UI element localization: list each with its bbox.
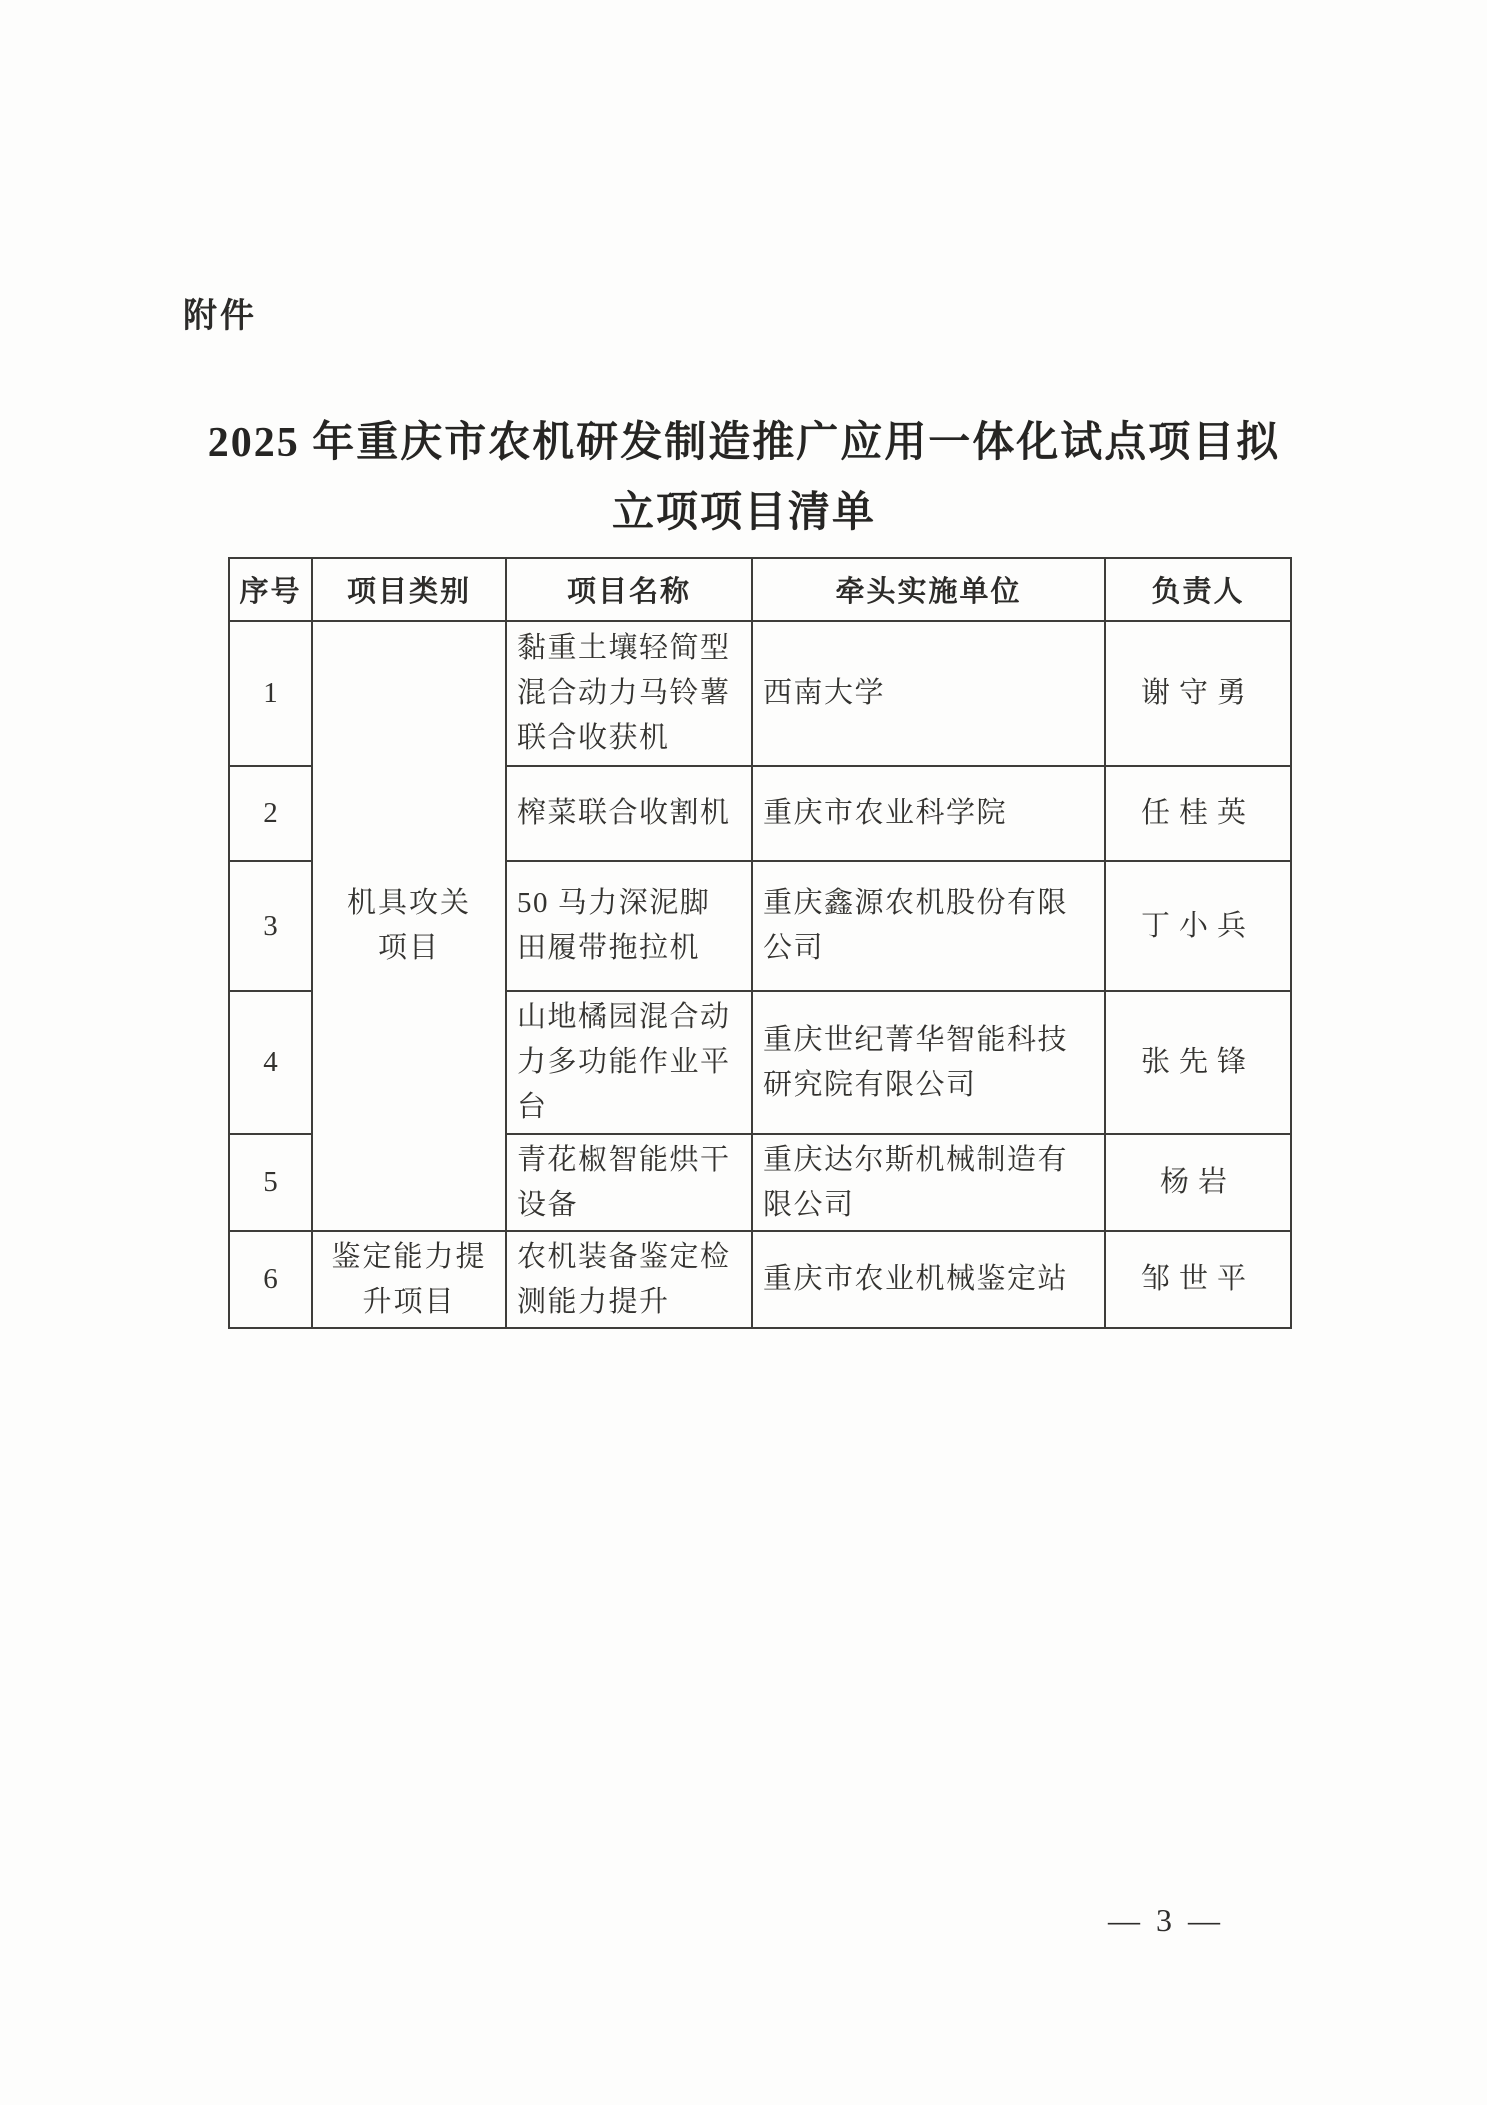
table-row: 6 鉴定能力提 升项目 农机装备鉴定检 测能力提升 重庆市农业机械鉴定站 邹世平 [229, 1231, 1291, 1328]
page-number: — 3 — [1108, 1902, 1224, 1939]
header-project-category: 项目类别 [312, 558, 506, 621]
cell-serial-number: 4 [229, 991, 312, 1134]
header-lead-unit: 牵头实施单位 [752, 558, 1105, 621]
cell-lead-unit: 西南大学 [752, 621, 1105, 766]
document-page: 附件 2025 年重庆市农机研发制造推广应用一体化试点项目拟立项项目清单 序号 … [0, 0, 1487, 2105]
cell-person-in-charge: 邹世平 [1105, 1231, 1291, 1328]
cell-project-name: 黏重土壤轻简型 混合动力马铃薯 联合收获机 [506, 621, 752, 766]
cell-serial-number: 5 [229, 1134, 312, 1231]
cell-person-in-charge: 丁小兵 [1105, 861, 1291, 991]
cell-project-name: 50 马力深泥脚 田履带拖拉机 [506, 861, 752, 991]
cell-lead-unit: 重庆市农业机械鉴定站 [752, 1231, 1105, 1328]
cell-project-name: 山地橘园混合动 力多功能作业平 台 [506, 991, 752, 1134]
attachment-label: 附件 [183, 288, 257, 337]
cell-serial-number: 6 [229, 1231, 312, 1328]
table-row: 1 机具攻关 项目 黏重土壤轻简型 混合动力马铃薯 联合收获机 西南大学 谢守勇 [229, 621, 1291, 766]
header-person-in-charge: 负责人 [1105, 558, 1291, 621]
cell-serial-number: 1 [229, 621, 312, 766]
cell-lead-unit: 重庆市农业科学院 [752, 766, 1105, 861]
cell-project-name: 青花椒智能烘干 设备 [506, 1134, 752, 1231]
cell-lead-unit: 重庆鑫源农机股份有限 公司 [752, 861, 1105, 991]
cell-lead-unit: 重庆达尔斯机械制造有 限公司 [752, 1134, 1105, 1231]
cell-category-group-equipment: 机具攻关 项目 [312, 621, 506, 1231]
title-line-1: 2025 年重庆市农机研发制造推广应用一体化试点项目拟 [208, 420, 1281, 466]
cell-person-in-charge: 任桂英 [1105, 766, 1291, 861]
cell-lead-unit: 重庆世纪菁华智能科技 研究院有限公司 [752, 991, 1105, 1134]
table-header-row: 序号 项目类别 项目名称 牵头实施单位 负责人 [229, 558, 1291, 621]
cell-project-name: 榨菜联合收割机 [506, 766, 752, 861]
project-list-table: 序号 项目类别 项目名称 牵头实施单位 负责人 1 机具攻关 项目 黏重土壤轻简… [228, 557, 1292, 1329]
cell-person-in-charge: 谢守勇 [1105, 621, 1291, 766]
cell-serial-number: 3 [229, 861, 312, 991]
cell-project-name: 农机装备鉴定检 测能力提升 [506, 1231, 752, 1328]
header-serial-number: 序号 [229, 558, 312, 621]
title-line-2: 立项项目清单 [612, 490, 876, 536]
header-project-name: 项目名称 [506, 558, 752, 621]
cell-category-group-appraisal: 鉴定能力提 升项目 [312, 1231, 506, 1328]
document-title: 2025 年重庆市农机研发制造推广应用一体化试点项目拟立项项目清单 [174, 408, 1314, 548]
cell-person-in-charge: 杨岩 [1105, 1134, 1291, 1231]
cell-serial-number: 2 [229, 766, 312, 861]
cell-person-in-charge: 张先锋 [1105, 991, 1291, 1134]
